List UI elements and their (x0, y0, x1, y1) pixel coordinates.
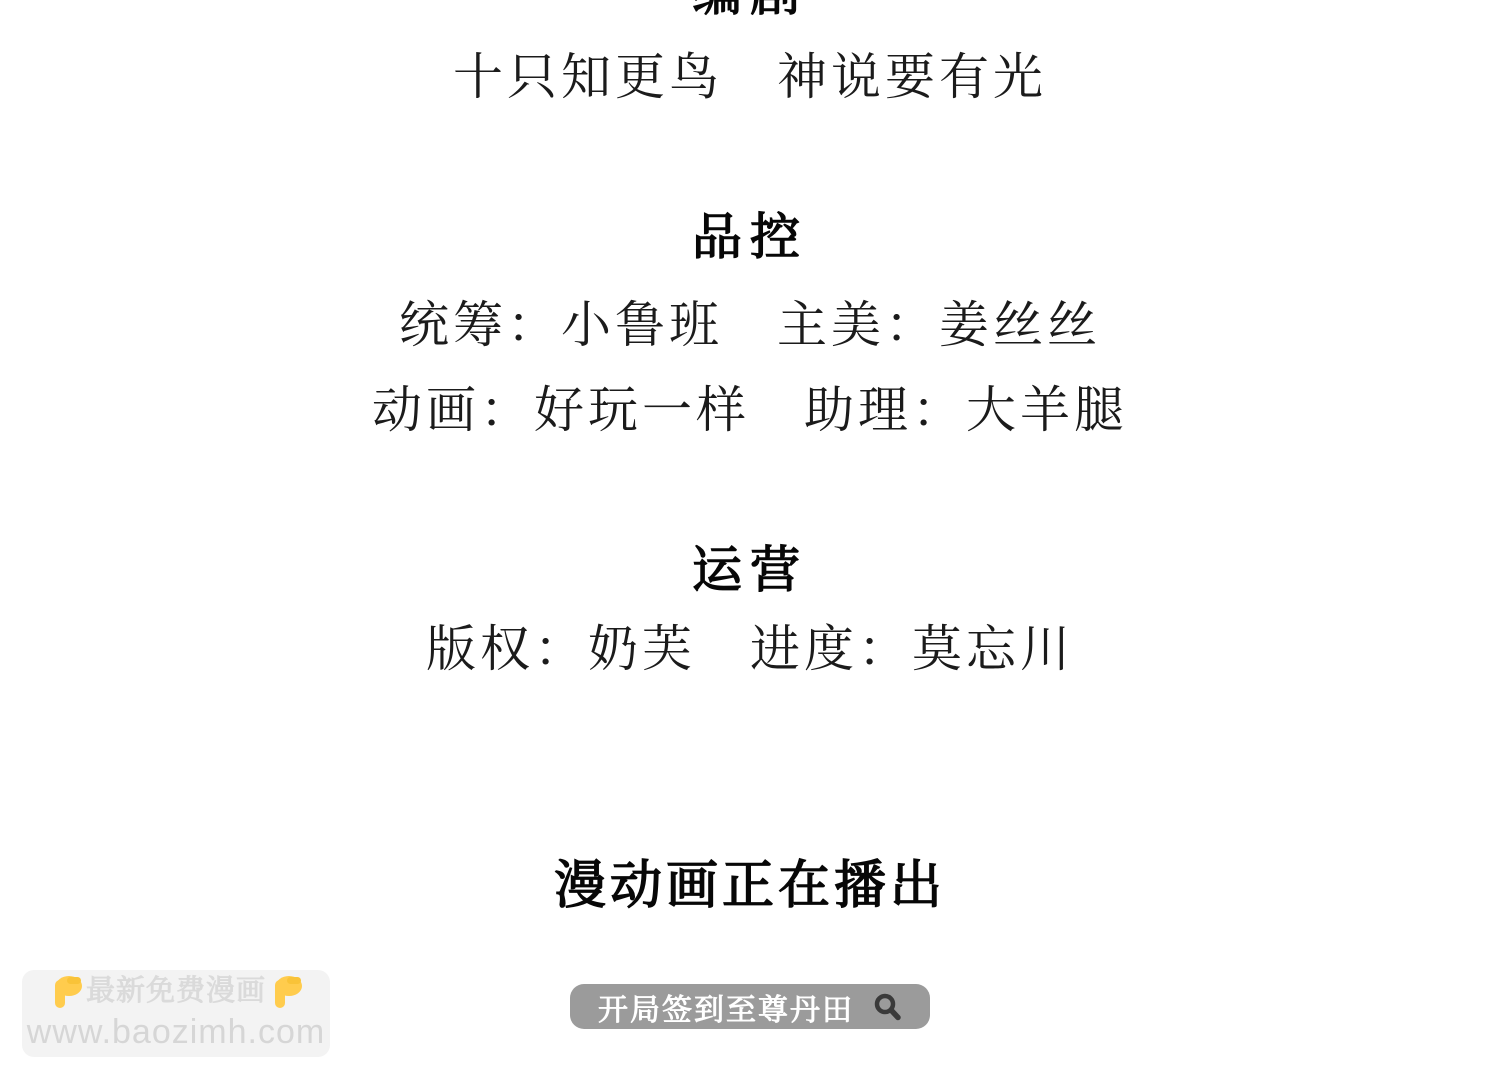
search-pill-label: 开局签到至尊丹田 (598, 985, 854, 1029)
operations-credits-line-1: 版权：奶芙 进度：莫忘川 (0, 622, 1500, 677)
title-search-pill[interactable]: 开局签到至尊丹田 (570, 984, 930, 1029)
section-writer-heading: 编剧 (0, 0, 1500, 21)
pointing-down-emoji (269, 976, 303, 1014)
quality-credits-line-1: 统筹：小鲁班 主美：姜丝丝 (0, 298, 1500, 353)
pointing-down-emoji (49, 976, 83, 1014)
section-quality-heading: 品控 (0, 210, 1500, 265)
comic-credits-page: 编剧 十只知更鸟 神说要有光 品控 统筹：小鲁班 主美：姜丝丝 动画：好玩一样 … (0, 0, 1500, 1080)
broadcast-announcement: 漫动画正在播出 (0, 858, 1500, 915)
quality-credits-line-2: 动画：好玩一样 助理：大羊腿 (0, 383, 1500, 438)
writer-names: 十只知更鸟 神说要有光 (0, 50, 1500, 105)
watermark-promo-line: 最新免费漫画 (49, 976, 303, 1014)
site-watermark: 最新免费漫画 www.baozimh.com (22, 970, 330, 1057)
section-operations-heading: 运营 (0, 543, 1500, 598)
watermark-promo-text: 最新免费漫画 (86, 976, 266, 1008)
magnifier-icon (872, 992, 902, 1022)
watermark-url: www.baozimh.com (27, 1015, 325, 1051)
